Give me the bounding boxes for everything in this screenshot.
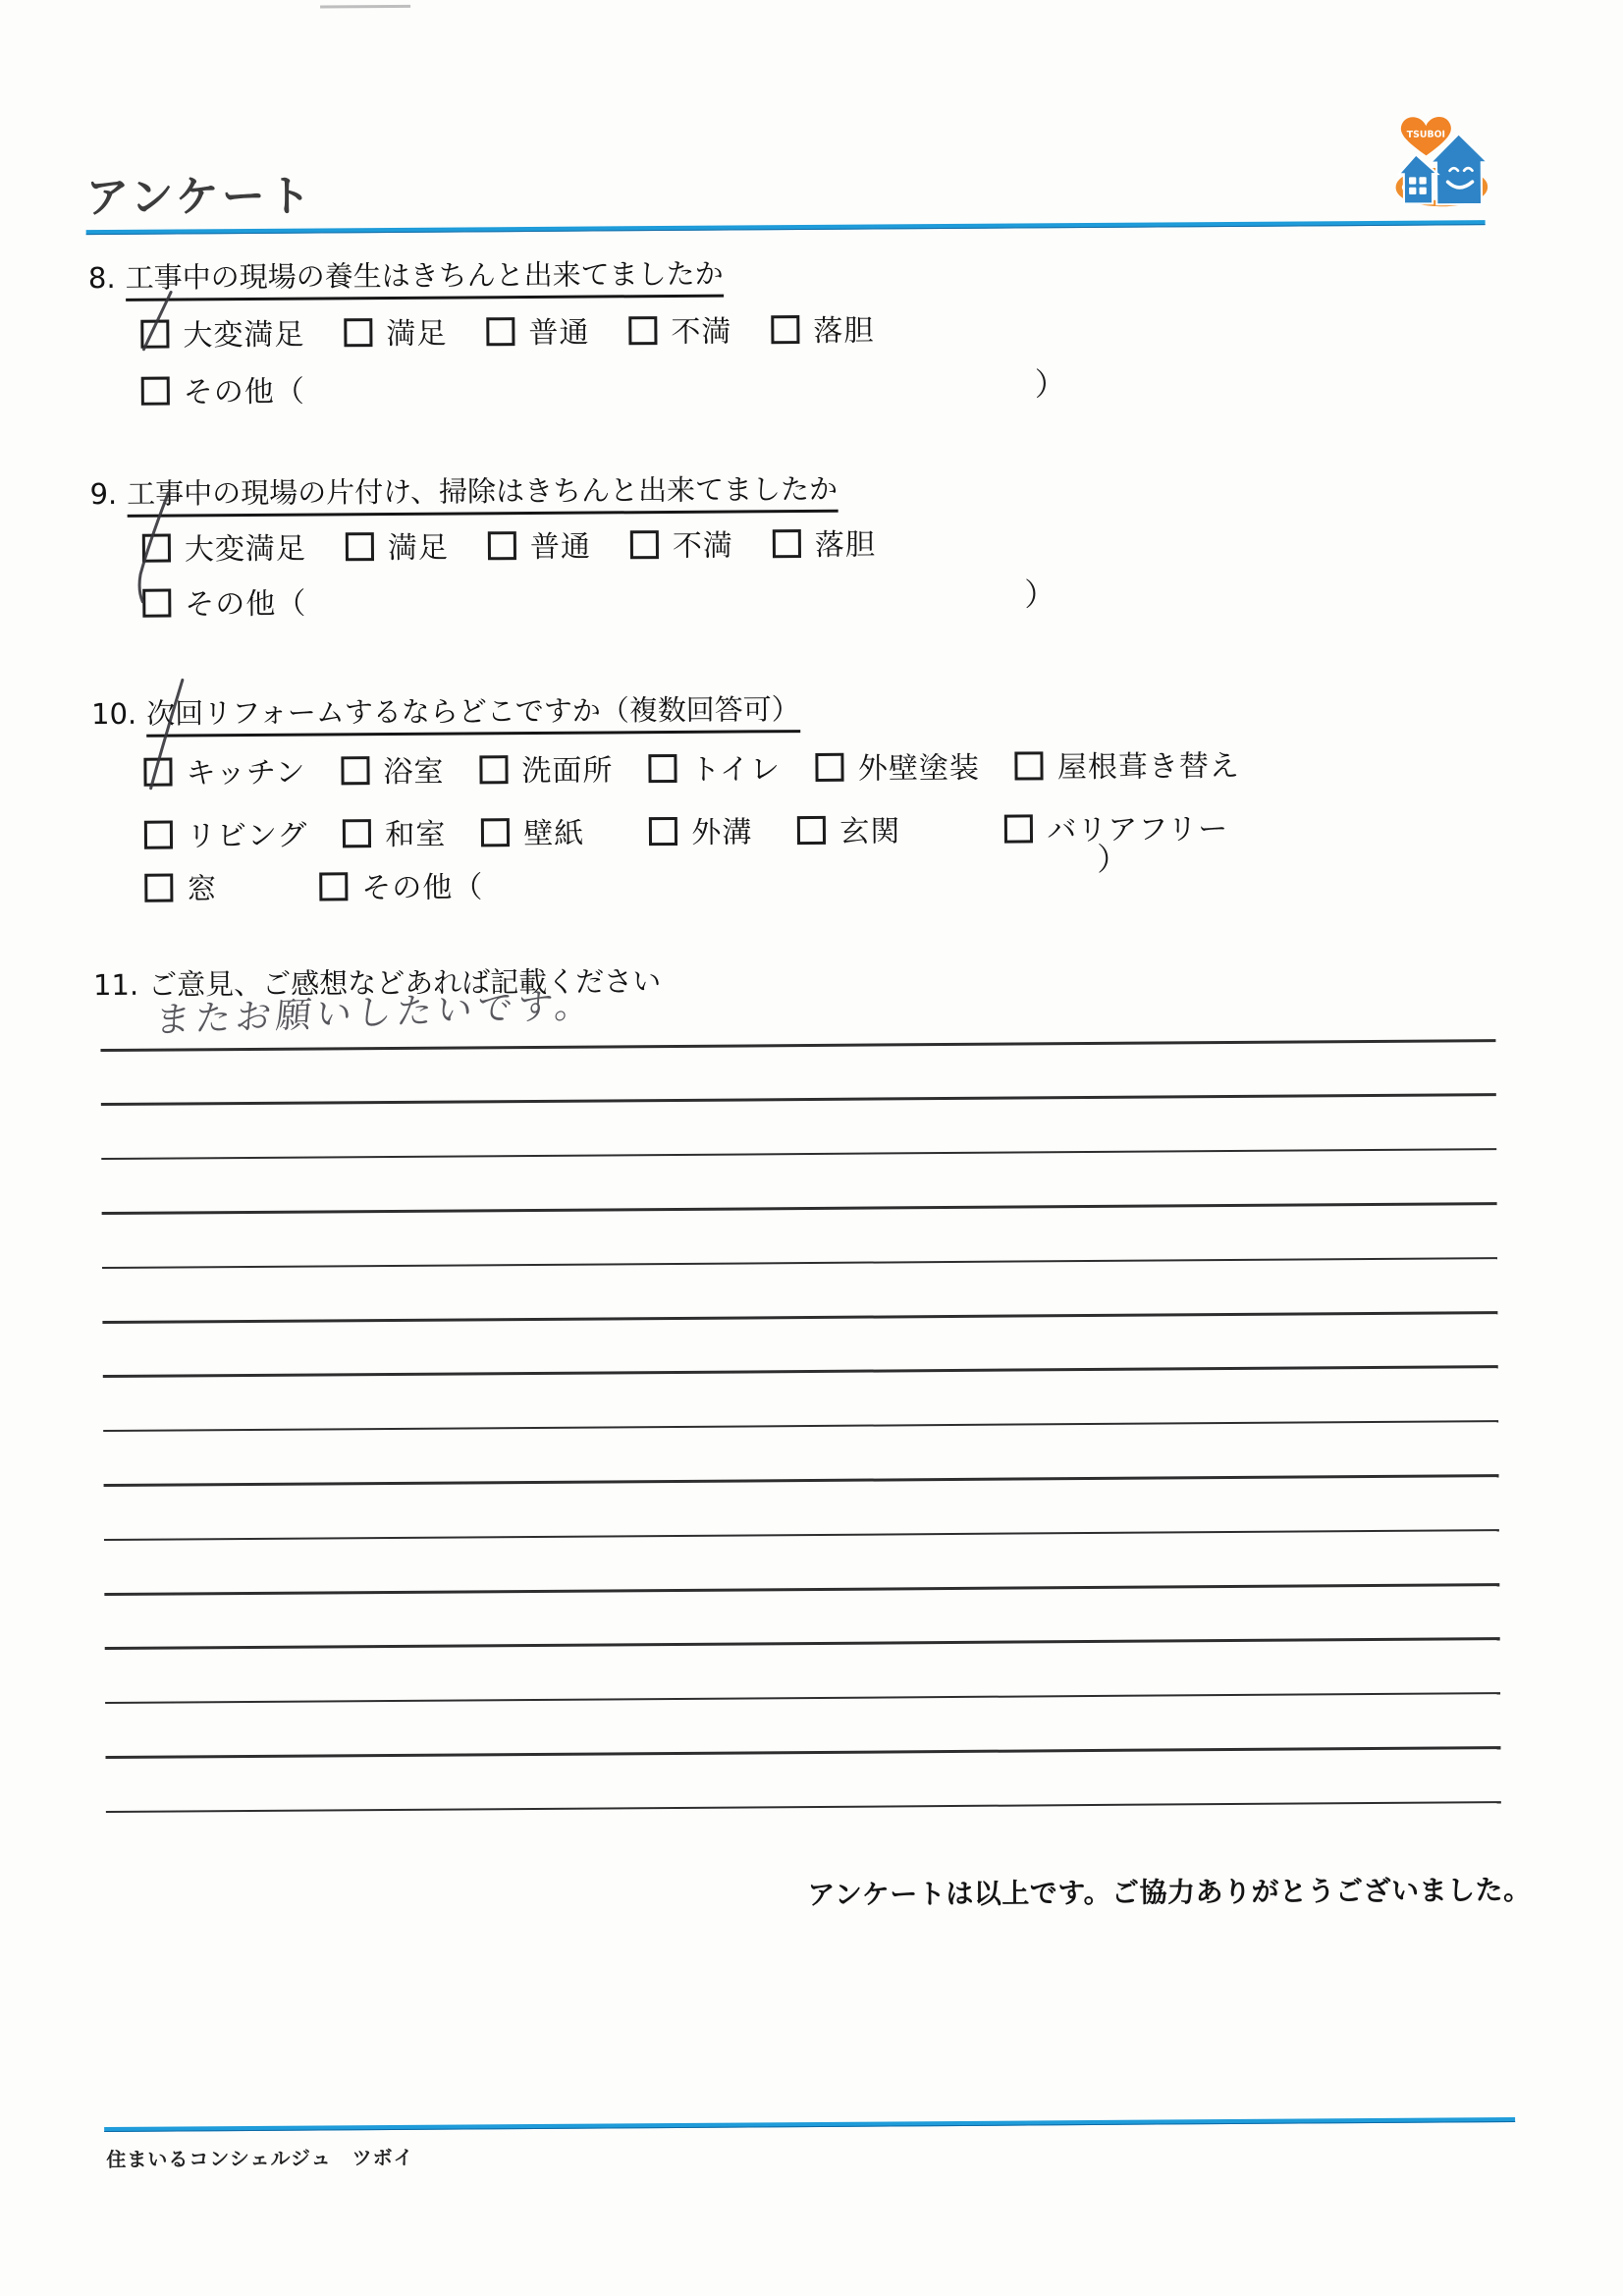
checkbox[interactable] [479,755,508,784]
checkbox-option-q10-gaihekitosou[interactable]: 外壁塗装 [816,743,980,788]
scanned-survey-page: アンケート TSUBOI 8.工事中の現場の養生はきちんと出来てましたか 大変満… [0,0,1623,2296]
checkbox[interactable] [1015,751,1044,780]
checkbox-option-q10-washitsu[interactable]: 和室 [343,810,446,854]
ruled-line [101,1148,1496,1161]
checkbox-option-q8-manzoku[interactable]: 満足 [344,309,447,354]
question-10-options-row1: キッチン 浴室 洗面所 トイレ 外壁塗装 屋根葺き替え [143,741,1240,793]
ruled-line [104,1583,1499,1596]
ruled-line [102,1202,1497,1215]
checkbox-option-q8-rakutan[interactable]: 落胆 [771,306,874,351]
tsuboi-company-logo: TSUBOI [1394,109,1489,212]
question-9-close-paren: ） [1024,570,1055,615]
closing-message: アンケートは以上です。ご協力ありがとうございました。 [807,1869,1531,1913]
checkbox[interactable] [648,753,676,782]
checkbox-option-q9-manzoku[interactable]: 満足 [346,523,449,568]
ruled-line [101,1094,1496,1107]
checkbox-option-q10-genkan[interactable]: 玄関 [797,806,900,850]
ruled-line [103,1420,1498,1433]
checkbox-option-q10-yokushitsu[interactable]: 浴室 [341,747,444,792]
checkbox-option-q8-fuman[interactable]: 不満 [628,307,731,352]
checkbox-option-q9-futsuu[interactable]: 普通 [488,522,591,567]
ruled-line [106,1801,1501,1814]
footer-divider [104,2117,1515,2132]
checkbox[interactable] [343,819,371,847]
checkbox[interactable] [319,872,348,901]
checkbox[interactable] [771,315,799,344]
checkbox[interactable] [488,531,516,560]
checkbox[interactable] [344,318,372,347]
ruled-line [105,1638,1500,1651]
checkbox[interactable] [1004,814,1033,843]
checkbox-option-q9-fuman[interactable]: 不満 [630,521,733,566]
checkbox-option-q10-sonota[interactable]: その他（ [319,862,483,906]
ruled-line [102,1311,1497,1324]
checkbox-option-q10-gaikou[interactable]: 外溝 [649,807,752,851]
handwritten-check-mark-q10 [0,4,292,890]
checkbox-option-q10-toilet[interactable]: トイレ [648,744,781,789]
question-11-number: 11. [93,968,138,1002]
checkbox[interactable] [797,815,826,844]
checkbox[interactable] [628,316,657,345]
question-8-close-paren: ） [1035,359,1066,405]
checkbox[interactable] [341,756,369,785]
checkbox[interactable] [649,816,677,845]
ruled-line [100,1039,1495,1052]
question-10-options-row2: リビング 和室 壁紙 外溝 玄関 バリアフリー [144,804,1228,855]
logo-heart-text: TSUBOI [1407,130,1445,140]
checkbox[interactable] [630,530,659,559]
checkbox[interactable] [481,818,510,847]
scan-artifact-line [320,5,410,9]
checkbox[interactable] [773,529,801,558]
footer-company-name: 住まいるコンシェルジュ ツボイ [106,2142,413,2172]
ruled-line [105,1692,1500,1705]
ruled-line [103,1366,1498,1379]
checkbox[interactable] [486,317,514,346]
checkbox-option-q10-senmenjo[interactable]: 洗面所 [479,745,613,790]
checkbox-option-q10-kabegami[interactable]: 壁紙 [481,809,584,853]
ruled-line [102,1257,1497,1270]
question-10-close-paren: ） [1097,835,1128,880]
answer-lines[interactable] [100,1039,1500,1825]
checkbox-option-q10-yanefukikae[interactable]: 屋根葺き替え [1015,741,1240,787]
checkbox[interactable] [816,752,844,781]
ruled-line [104,1474,1499,1487]
ruled-line [105,1746,1500,1759]
checkbox-option-q9-rakutan[interactable]: 落胆 [773,520,876,565]
checkbox-option-q8-futsuu[interactable]: 普通 [486,308,589,353]
checkbox[interactable] [346,532,374,561]
ruled-line [104,1529,1499,1542]
